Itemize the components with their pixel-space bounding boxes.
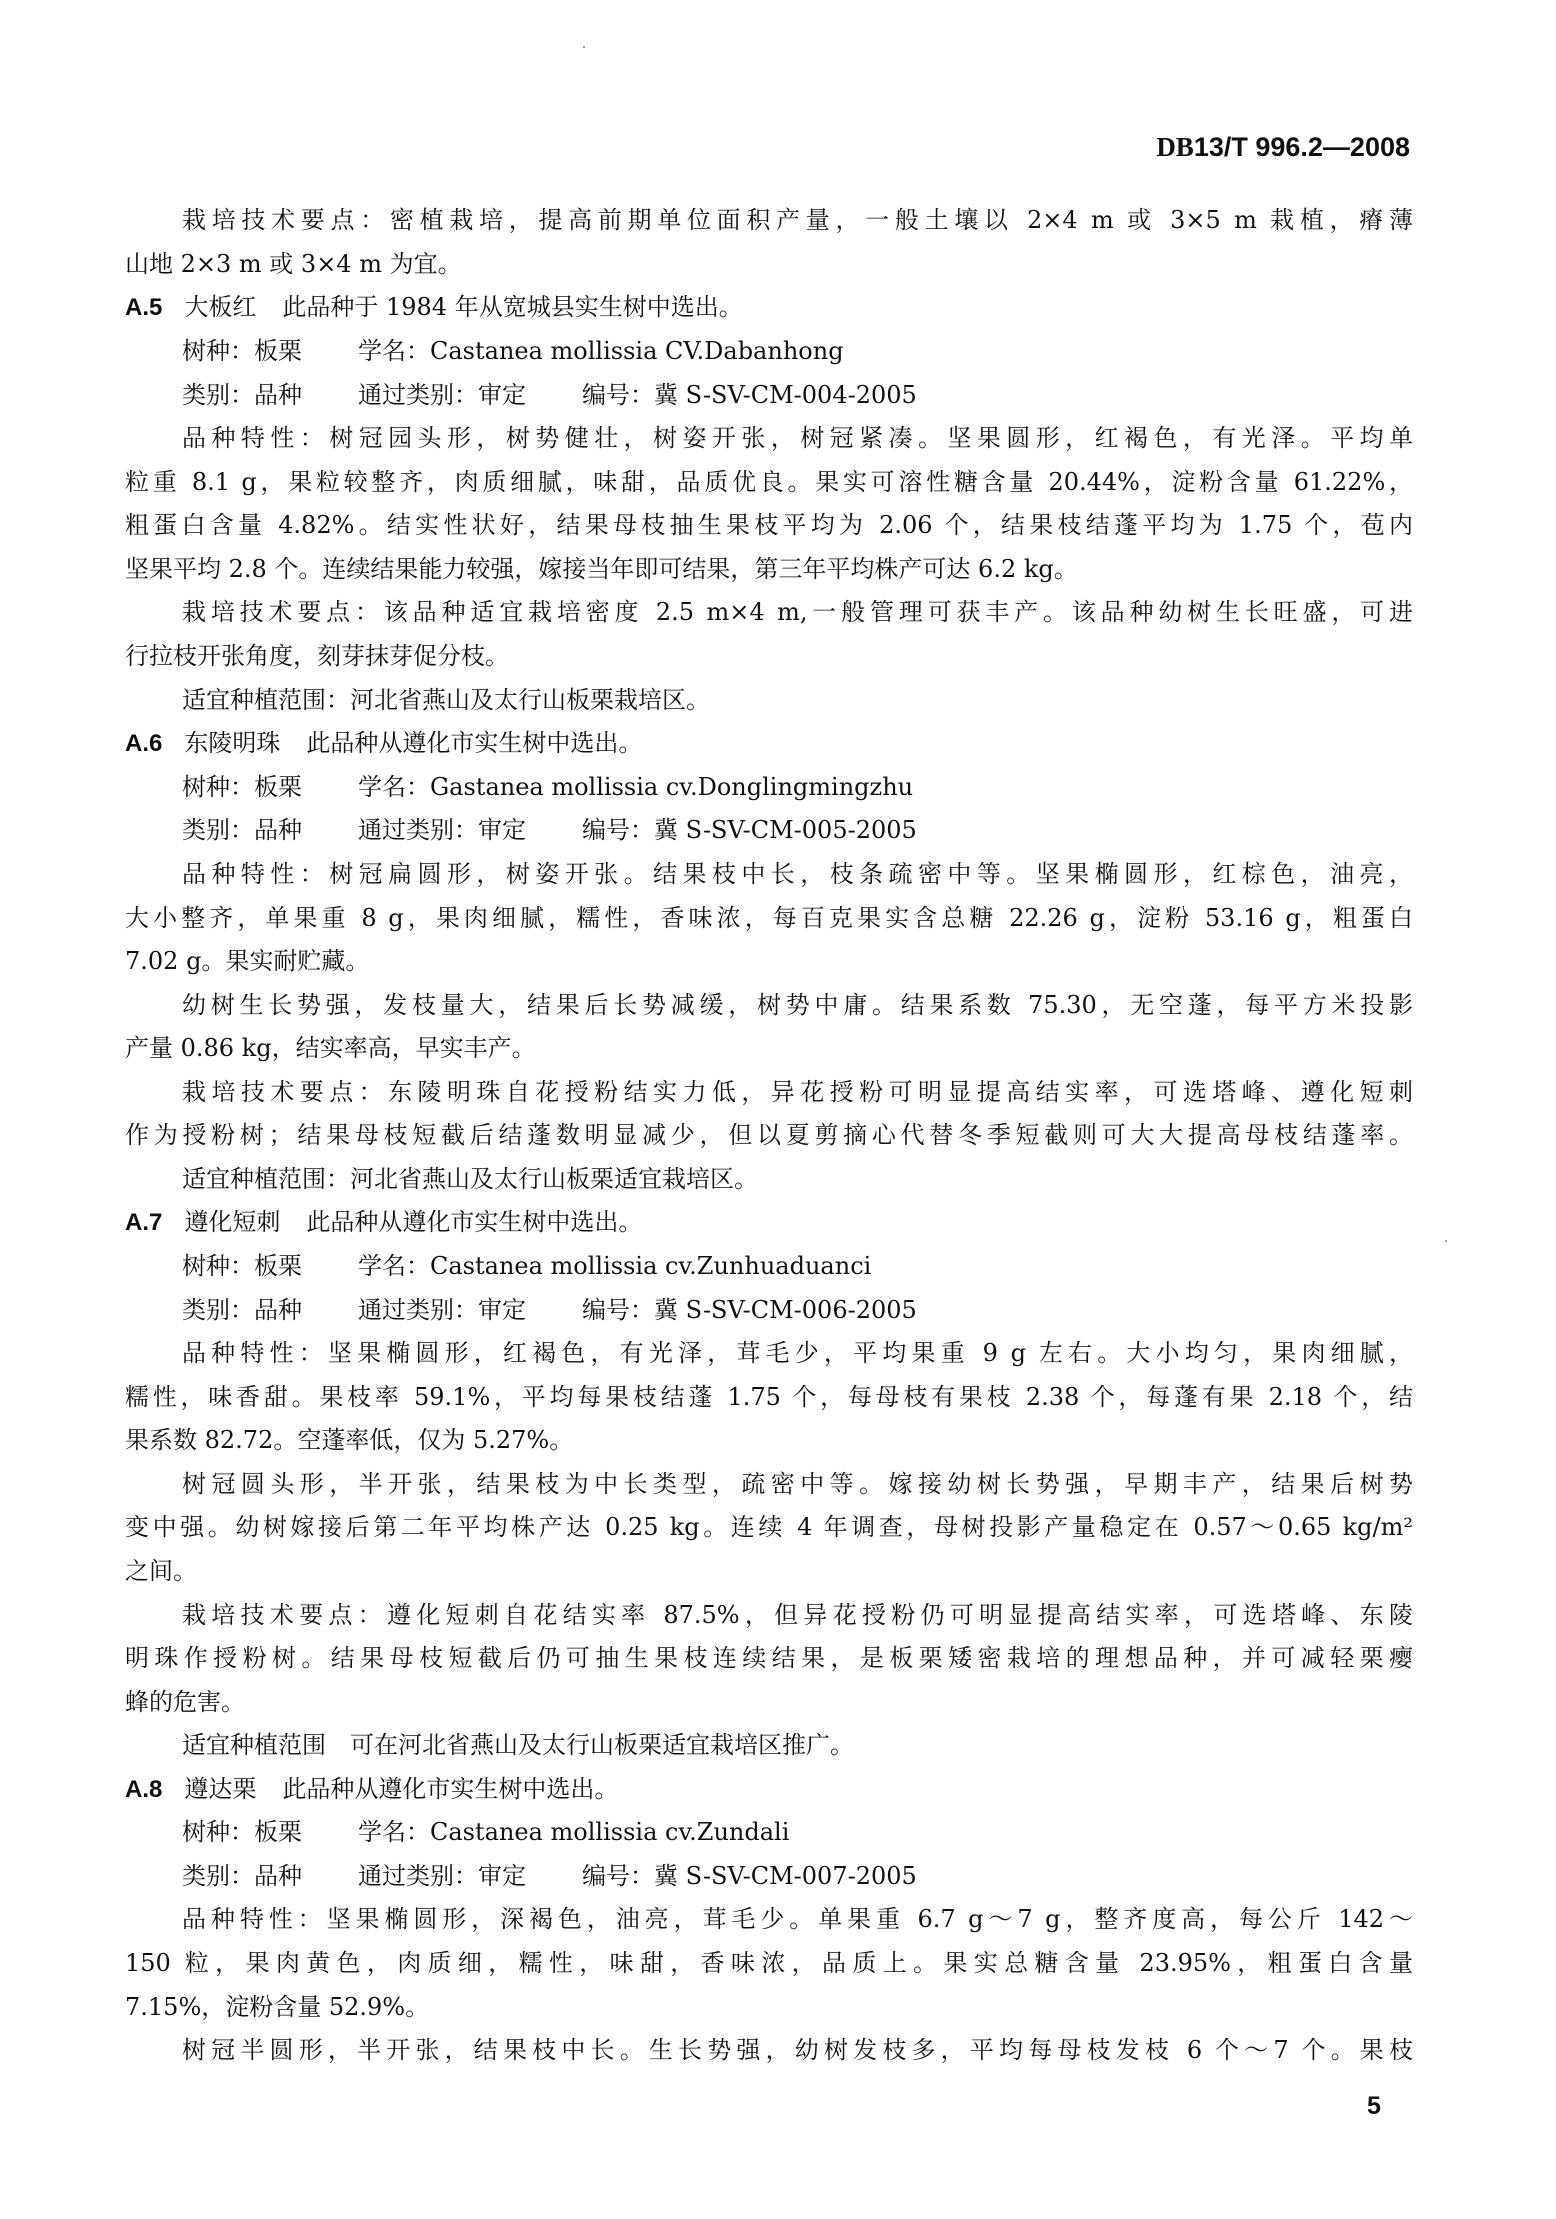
info-field: 学名：Gastanea mollissia cv.Donglingmingzhu	[358, 772, 913, 802]
paragraph-first-line: 栽培技术要点：密植栽培，提高前期单位面积产量，一般土壤以 2×4 m 或 3×5…	[182, 205, 1413, 235]
paragraph-line: 变中强。幼树嫁接后第二年平均株产达 0.25 kg。连续 4 年调查，母树投影产…	[125, 1512, 1413, 1542]
info-field: 类别：品种	[182, 380, 302, 410]
paragraph-line: 产量 0.86 kg，结实率高，早实丰产。	[125, 1033, 1413, 1063]
section-heading: A.6东陵明珠此品种从遵化市实生树中选出。	[125, 728, 1413, 759]
paragraph-line: 7.15%，淀粉含量 52.9%。	[125, 1992, 1413, 2022]
paragraph-first-line: 幼树生长势强，发枝量大，结果后长势减缓，树势中庸。结果系数 75.30，无空蓬，…	[182, 990, 1413, 1020]
paragraph-first-line: 适宜种植范围 可在河北省燕山及太行山板栗适宜栽培区推广。	[182, 1730, 1413, 1760]
variety-info-row: 树种：板栗学名：Castanea mollissia CV.Dabanhong	[182, 336, 1413, 366]
document-standard-number: DB13/T 996.2—2008	[1156, 132, 1410, 163]
scan-speck	[583, 46, 585, 48]
paragraph-first-line: 树冠半圆形，半开张，结果枝中长。生长势强，幼树发枝多，平均每母枝发枝 6 个～7…	[182, 2035, 1413, 2065]
variety-info-row: 树种：板栗学名：Castanea mollissia cv.Zunhuaduan…	[182, 1251, 1413, 1281]
section-heading: A.7遵化短刺此品种从遵化市实生树中选出。	[125, 1207, 1413, 1238]
paragraph-line: 山地 2×3 m 或 3×4 m 为宜。	[125, 249, 1413, 279]
paragraph-line: 大小整齐，单果重 8 g，果肉细腻，糯性，香味浓，每百克果实含总糖 22.26 …	[125, 903, 1413, 933]
variety-origin: 此品种从遵化市实生树中选出。	[282, 1775, 618, 1803]
info-field: 通过类别：审定	[358, 1861, 526, 1891]
paragraph-line: 7.02 g。果实耐贮藏。	[125, 946, 1413, 976]
info-field: 学名：Castanea mollissia CV.Dabanhong	[358, 336, 844, 366]
paragraph-first-line: 栽培技术要点：该品种适宜栽培密度 2.5 m×4 m,一般管理可获丰产。该品种幼…	[182, 597, 1413, 627]
paragraph-line: 之间。	[125, 1556, 1413, 1586]
registration-number: 编号：冀 S-SV-CM-006-2005	[582, 1295, 917, 1325]
variety-info-row: 树种：板栗学名：Gastanea mollissia cv.Donglingmi…	[182, 772, 1413, 802]
paragraph-first-line: 品种特性：坚果椭圆形，深褐色，油亮，茸毛少。单果重 6.7 g～7 g，整齐度高…	[182, 1904, 1413, 1934]
info-field: 树种：板栗	[182, 336, 302, 366]
paragraph-line: 粗蛋白含量 4.82%。结实性状好，结果母枝抽生果枝平均为 2.06 个，结果枝…	[125, 510, 1413, 540]
variety-name: 遵化短刺	[184, 1208, 280, 1236]
paragraph-line: 作为授粉树；结果母枝短截后结蓬数明显减少，但以夏剪摘心代替冬季短截则可大大提高母…	[125, 1120, 1413, 1150]
variety-info-row: 树种：板栗学名：Castanea mollissia cv.Zundali	[182, 1817, 1413, 1847]
paragraph-first-line: 适宜种植范围：河北省燕山及太行山板栗适宜栽培区。	[182, 1164, 1413, 1194]
section-number: A.6	[125, 730, 162, 757]
section-heading: A.5大板红此品种于 1984 年从宽城县实生树中选出。	[125, 292, 1413, 323]
info-field: 类别：品种	[182, 1861, 302, 1891]
paragraph-line: 糯性，味香甜。果枝率 59.1%，平均每果枝结蓬 1.75 个，每母枝有果枝 2…	[125, 1382, 1413, 1412]
variety-info-row: 类别：品种通过类别：审定编号：冀 S-SV-CM-006-2005	[182, 1295, 1413, 1325]
variety-name: 大板红	[184, 293, 256, 321]
variety-name: 东陵明珠	[184, 729, 280, 757]
paragraph-line: 粒重 8.1 g，果粒较整齐，肉质细腻，味甜，品质优良。果实可溶性糖含量 20.…	[125, 467, 1413, 497]
section-number: A.8	[125, 1776, 162, 1803]
info-field: 类别：品种	[182, 815, 302, 845]
info-field: 通过类别：审定	[358, 815, 526, 845]
info-field: 类别：品种	[182, 1295, 302, 1325]
standard-code: 13/T 996.2—2008	[1194, 132, 1410, 162]
scan-speck	[1445, 1240, 1447, 1242]
variety-info-row: 类别：品种通过类别：审定编号：冀 S-SV-CM-005-2005	[182, 815, 1413, 845]
paragraph-first-line: 栽培技术要点：东陵明珠自花授粉结实力低，异花授粉可明显提高结实率，可选塔峰、遵化…	[182, 1077, 1413, 1107]
info-field: 学名：Castanea mollissia cv.Zundali	[358, 1817, 789, 1847]
page-number: 5	[1367, 2092, 1381, 2121]
paragraph-line: 坚果平均 2.8 个。连续结果能力较强，嫁接当年即可结果，第三年平均株产可达 6…	[125, 554, 1413, 584]
info-field: 树种：板栗	[182, 772, 302, 802]
paragraph-line: 果系数 82.72。空蓬率低，仅为 5.27%。	[125, 1425, 1413, 1455]
info-field: 通过类别：审定	[358, 380, 526, 410]
paragraph-line: 蜂的危害。	[125, 1687, 1413, 1717]
paragraph-first-line: 树冠圆头形，半开张，结果枝为中长类型，疏密中等。嫁接幼树长势强，早期丰产，结果后…	[182, 1469, 1413, 1499]
paragraph-line: 明珠作授粉树。结果母枝短截后仍可抽生果枝连续结果，是板栗矮密栽培的理想品种，并可…	[125, 1643, 1413, 1673]
info-field: 通过类别：审定	[358, 1295, 526, 1325]
section-number: A.7	[125, 1209, 162, 1236]
paragraph-first-line: 栽培技术要点：遵化短刺自花结实率 87.5%，但异花授粉仍可明显提高结实率，可选…	[182, 1600, 1413, 1630]
variety-info-row: 类别：品种通过类别：审定编号：冀 S-SV-CM-007-2005	[182, 1861, 1413, 1891]
paragraph-first-line: 品种特性：树冠园头形，树势健壮，树姿开张，树冠紧凑。坚果圆形，红褐色，有光泽。平…	[182, 423, 1413, 453]
paragraph-first-line: 品种特性：树冠扁圆形，树姿开张。结果枝中长，枝条疏密中等。坚果椭圆形，红棕色，油…	[182, 859, 1413, 889]
standard-prefix: DB	[1156, 132, 1194, 162]
variety-info-row: 类别：品种通过类别：审定编号：冀 S-SV-CM-004-2005	[182, 380, 1413, 410]
info-field: 学名：Castanea mollissia cv.Zunhuaduanci	[358, 1251, 871, 1281]
info-field: 树种：板栗	[182, 1251, 302, 1281]
section-number: A.5	[125, 294, 162, 321]
section-heading: A.8遵达栗此品种从遵化市实生树中选出。	[125, 1774, 1413, 1805]
paragraph-line: 150 粒，果肉黄色，肉质细，糯性，味甜，香味浓，品质上。果实总糖含量 23.9…	[125, 1948, 1413, 1978]
registration-number: 编号：冀 S-SV-CM-007-2005	[582, 1861, 917, 1891]
paragraph-first-line: 品种特性：坚果椭圆形，红褐色，有光泽，茸毛少，平均果重 9 g 左右。大小均匀，…	[182, 1338, 1413, 1368]
variety-origin: 此品种从遵化市实生树中选出。	[306, 1208, 642, 1236]
paragraph-line: 行拉枝开张角度，刻芽抹芽促分枝。	[125, 641, 1413, 671]
registration-number: 编号：冀 S-SV-CM-005-2005	[582, 815, 917, 845]
info-field: 树种：板栗	[182, 1817, 302, 1847]
variety-origin: 此品种从遵化市实生树中选出。	[306, 729, 642, 757]
registration-number: 编号：冀 S-SV-CM-004-2005	[582, 380, 917, 410]
variety-name: 遵达栗	[184, 1775, 256, 1803]
variety-origin: 此品种于 1984 年从宽城县实生树中选出。	[282, 293, 742, 321]
paragraph-first-line: 适宜种植范围：河北省燕山及太行山板栗栽培区。	[182, 685, 1413, 715]
